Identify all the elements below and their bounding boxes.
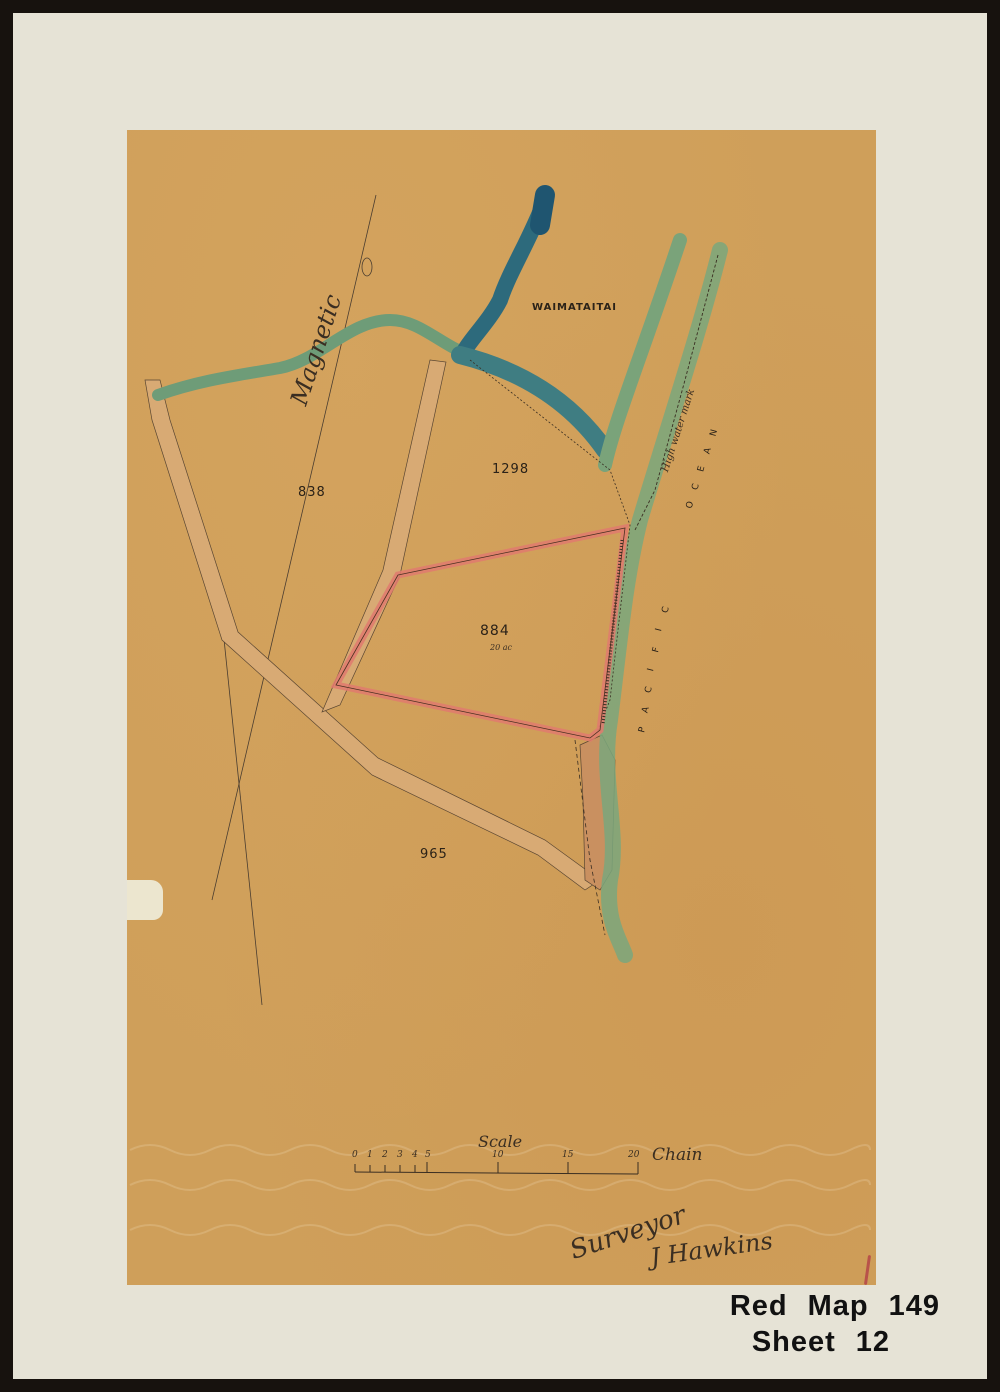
catalog-map-word: Map bbox=[808, 1290, 869, 1322]
scale-title: Scale bbox=[478, 1132, 522, 1151]
lot-884-area: 20 ac bbox=[490, 643, 512, 652]
scale-unit: Chain bbox=[652, 1145, 702, 1165]
map-drawing bbox=[0, 0, 1000, 1392]
meridian-line-2 bbox=[222, 620, 262, 1005]
catalog-line-1: RedMap149 bbox=[730, 1288, 940, 1324]
catalog-sheet-word: Sheet bbox=[752, 1326, 836, 1358]
catalog-line-2: Sheet12 bbox=[730, 1324, 940, 1360]
catalog-map-number: 149 bbox=[889, 1290, 940, 1322]
place-name-label: WAIMATAITAI bbox=[532, 302, 617, 313]
lot-label-965: 965 bbox=[420, 847, 448, 862]
magnetic-meridian-line bbox=[212, 195, 376, 900]
shoreline-green bbox=[607, 250, 720, 955]
streams bbox=[158, 195, 720, 955]
stream-main bbox=[460, 355, 605, 450]
lot-label-838: 838 bbox=[298, 485, 326, 500]
lot-label-884: 884 bbox=[480, 623, 510, 639]
catalog-sheet-number: 12 bbox=[856, 1326, 890, 1358]
roads bbox=[145, 360, 615, 890]
catalog-label: RedMap149 Sheet12 bbox=[730, 1288, 940, 1360]
lot-label-1298: 1298 bbox=[492, 462, 529, 477]
catalog-series: Red bbox=[730, 1290, 788, 1322]
